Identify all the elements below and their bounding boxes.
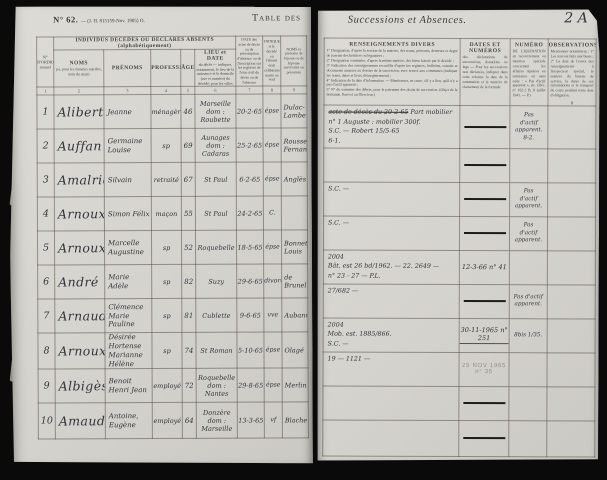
column-header-numero-liquidation: NUMÉRO DE LIQUIDATION en recouvrement ou…: [510, 39, 548, 106]
numero-note: 8-2.: [510, 135, 547, 143]
cell-age: 67: [181, 163, 195, 197]
cell-order-number: 4: [37, 197, 54, 231]
renseignements-note: [328, 231, 455, 234]
cell-prenoms: Silvain: [104, 163, 151, 197]
cell-numero-liquidation: Pas d'actif apparent. 8-2.: [510, 106, 548, 149]
cell-observations: [547, 217, 595, 251]
table-row: 2004 Bât. est 26 bd/1962. — 22. 2649 — n…: [323, 250, 595, 285]
numero-note: Pas: [510, 222, 547, 230]
cell-age: 55: [181, 197, 195, 231]
cell-etat-civil: épse: [263, 230, 281, 264]
table-row: 19 — 1121 — 25 NOV 1965 n° 35: [323, 352, 595, 387]
numero-note: Pas d'actif: [510, 294, 547, 302]
cell-profession: sp: [152, 265, 182, 299]
cell-nom: Arnaud: [55, 299, 105, 333]
cell-dates-numeros: [459, 284, 509, 318]
lieu-line: St Paul: [196, 210, 236, 218]
cell-etat-civil: épse: [263, 162, 281, 196]
dates-numeros-subtitle: des déclarations de successions, donatio…: [461, 55, 510, 90]
cell-conjoint: Bonnet Louis: [281, 230, 307, 264]
cell-conjoint: Aubanne: [282, 298, 308, 332]
struck-note: acte de décès du 20-2-65: [328, 109, 408, 116]
cell-etat-civil: vve: [264, 298, 282, 332]
renseignements-note: S.C. —: [328, 339, 455, 349]
table-row: 2 Auffan Germaine Louise sp 69 Aunages d…: [37, 128, 307, 163]
lieu-line: St Paul: [196, 176, 236, 184]
cell-etat-civil: divorcée: [264, 264, 282, 298]
numero-note: 8bis 1/35.: [510, 332, 547, 340]
cell-age: 64: [182, 403, 196, 439]
observations-subtitle: Mentionner notamment : 1° Les renvois fa…: [548, 49, 595, 98]
cell-numero-liquidation: [509, 251, 547, 285]
cell-observations: [547, 421, 595, 457]
cell-date-acte: 25-2-65: [236, 128, 263, 162]
numero-note: d'actif apparent.: [510, 230, 547, 245]
cell-prenoms: Simon Félix: [104, 197, 151, 231]
cell-observations: [548, 149, 596, 183]
cell-nom: Amalric: [54, 163, 104, 197]
noms-subtitle: (et, pour les femmes mariées, nom du mar…: [54, 67, 103, 77]
cell-order-number: 1: [37, 95, 54, 129]
cell-profession: sp: [152, 333, 182, 369]
renseignements-note: [328, 197, 455, 200]
form-reference: — (J. H. 815159-Nov. 1905) O.: [81, 19, 145, 24]
column-header-professions: PROFESSIONS: [151, 49, 181, 87]
nil-dash: [463, 402, 505, 404]
table-row: S.C. — Pas d'actif apparent.: [323, 216, 595, 251]
cell-observations: [548, 106, 596, 149]
renseignements-note: [327, 429, 454, 432]
column-header-date-actes: DATE des actes de décès ou de présomptio…: [236, 36, 263, 87]
renseignements-note: 2004: [328, 254, 344, 261]
order-header-line: annuel: [40, 65, 51, 70]
cell-age: 52: [181, 231, 195, 265]
table-row: 9 Albigès Benoit Henri Jean employé 72 R…: [38, 368, 308, 403]
numero-note: d'actif apparent.: [510, 196, 547, 211]
table-row: 3 Amalric Silvain retraité 67 St Paul 6-…: [37, 162, 307, 197]
form-number: N° 62. — (J. H. 815159-Nov. 1905) O.: [53, 14, 145, 24]
scanned-page-right: Successions et Absences. 2 A RENSEIGNEME…: [316, 9, 600, 462]
numero-note: d'actif apparent.: [510, 120, 547, 135]
cell-dates-numeros: [460, 148, 510, 182]
cell-date-acte: 24-2-65: [236, 196, 263, 230]
observations-title: OBSERVATIONS: [549, 42, 596, 48]
column-header-prenoms: PRÉNOMS: [104, 50, 151, 88]
numero-note: Pas: [510, 188, 547, 196]
cell-lieu-date: Roquebelle dom : Nantes: [196, 369, 237, 403]
prenoms-title: PRÉNOMS: [104, 65, 150, 71]
cell-nom: Albigès: [55, 369, 105, 403]
cell-renseignements: S.C. —: [324, 182, 460, 216]
cell-age: 81: [182, 299, 196, 333]
cell-numero-liquidation: Pas d'actif apparent.: [510, 183, 548, 217]
cell-order-number: 2: [37, 129, 54, 163]
lieu-line: Marseille: [195, 99, 235, 107]
renseignements-title: RENSEIGNEMENTS DIVERS: [325, 42, 460, 48]
cell-renseignements: [323, 420, 459, 456]
cell-nom: Amaudric: [55, 403, 105, 439]
table-row: S.C. — Pas d'actif apparent.: [324, 182, 596, 217]
cell-conjoint: Rousset Fernand: [281, 128, 307, 162]
nil-dash: [463, 300, 505, 302]
lieu-line: Donzère: [197, 408, 237, 416]
cell-renseignements: 2004 Mob. est. 1885/866. S.C. —: [323, 318, 459, 352]
cell-prenoms: Clémence Marie Pauline: [105, 299, 152, 333]
cell-date-acte: 20-2-65: [236, 94, 263, 128]
numero-subtitle: DE LIQUIDATION en recouvrement ou mentio…: [510, 49, 547, 98]
cell-age: 69: [181, 129, 195, 163]
table-row: 27/682 — Pas d'actif apparent.: [323, 284, 595, 319]
cell-prenoms: Antoine, Eugène: [105, 403, 152, 439]
renseignements-note: 19 — 1121 —: [328, 356, 371, 363]
banner-individus-decedes: INDIVIDUS DÉCÉDÉS OU DÉCLARÉS ABSENTS (a…: [54, 36, 236, 50]
renseignements-line: 3° Indication des renseignements recueil…: [325, 63, 460, 78]
cell-lieu-date: Suzy: [196, 265, 237, 299]
cell-conjoint: Olagé: [282, 332, 308, 368]
cell-etat-civil: épse: [263, 94, 281, 128]
renseignements-note: [328, 157, 455, 160]
cell-etat-civil: épse: [264, 368, 282, 402]
cell-date-acte: 29-6-65: [237, 264, 264, 298]
column-number: 2: [54, 87, 104, 95]
cell-profession: retraité: [151, 163, 181, 197]
cell-renseignements: S.C. —: [323, 216, 459, 250]
column-header-observations: OBSERVATIONS Mentionner notamment : 1° L…: [548, 39, 596, 106]
renseignements-note: 27/682 —: [328, 288, 358, 295]
cell-numero-liquidation: 8bis 1/35.: [509, 319, 547, 353]
order-header-line: N°: [43, 54, 48, 59]
cell-dates-numeros: [459, 420, 509, 456]
cell-lieu-date: Donzère dom : Marseille: [196, 403, 237, 439]
renseignements-line: 5° N° du sommier des débets, pour le pai…: [324, 88, 459, 98]
renseignements-note: [327, 395, 454, 398]
lieu-line: Roquebelle: [197, 373, 237, 381]
renseignements-note: S.C. — Robert 15/5-65: [328, 127, 455, 137]
column-number: 3: [104, 87, 151, 95]
lieu-line: dom : Nantes: [197, 382, 237, 398]
cell-profession: sp: [152, 299, 182, 333]
cell-nom: Auffan: [54, 129, 104, 163]
lieu-line: dom : Roubette: [195, 108, 235, 124]
cell-age: 46: [181, 95, 195, 129]
renseignements-note: Bât. est 26 bd/1962. — 22. 2649 —: [328, 262, 455, 272]
numero-note: apparent.: [510, 302, 547, 310]
cell-observations: [547, 251, 595, 285]
column-number: 8: [263, 86, 281, 94]
cell-numero-liquidation: Pas d'actif apparent.: [509, 217, 547, 251]
cell-conjoint: de Brunel: [282, 264, 308, 298]
cell-order-number: 8: [38, 333, 55, 369]
cell-lieu-date: St Paul: [195, 197, 236, 231]
cell-renseignements: 19 — 1121 —: [323, 352, 459, 386]
nil-dash: [464, 164, 506, 166]
column-number: 1: [37, 87, 54, 95]
renseignements-note: 6-1.: [328, 136, 455, 146]
noms-title: NOMS: [54, 60, 103, 66]
numero-note: Pas: [510, 112, 547, 120]
form-number-text: N° 62.: [53, 14, 78, 24]
renseignements-note: n° 23 - 27 — P.L.: [328, 271, 455, 281]
cell-profession: ménagère: [151, 95, 181, 129]
cell-etat-civil: épse: [263, 128, 281, 162]
cell-date-acte: 18-5-65: [236, 230, 263, 264]
cell-order-number: 5: [37, 231, 54, 265]
cell-conjoint: Dulac-Lambert: [281, 94, 307, 128]
column-header-dates-numeros: DATES ET NUMÉROS des déclarations de suc…: [460, 39, 510, 106]
register-title-right: Successions et Absences.: [348, 15, 467, 26]
cell-dates-numeros: 12-3-66 n° 41: [459, 250, 509, 284]
handwritten-folio-number: 2 A: [564, 10, 588, 26]
dates-numeros-title: DATES ET NUMÉROS: [461, 42, 510, 54]
cell-prenoms: Marie Adèle: [105, 265, 152, 299]
column-header-etat-civil: INDIQUER si le décédé ou l'absent était …: [263, 36, 281, 87]
lieu-line: Roquebelle: [196, 244, 236, 252]
cell-renseignements: acte de décès du 20-2-65 Part mobilier n…: [324, 105, 460, 148]
table-row: [323, 420, 595, 457]
cell-profession: maçon: [151, 197, 181, 231]
lieu-line: Suzy: [196, 278, 236, 286]
cell-profession: sp: [151, 231, 181, 265]
cell-lieu-date: Aunages dom : Cadaras: [195, 129, 236, 163]
cell-numero-liquidation: [509, 421, 547, 457]
cell-observations: [547, 353, 595, 387]
table-row: [323, 386, 595, 421]
cell-renseignements: [324, 148, 460, 182]
scanned-register-spread: N° 62. — (J. H. 815159-Nov. 1905) O. Tab…: [0, 0, 607, 480]
cell-renseignements: 2004 Bât. est 26 bd/1962. — 22. 2649 — n…: [323, 250, 459, 284]
lieu-line: Cublette: [196, 312, 236, 320]
cell-numero-liquidation: [509, 387, 547, 421]
renseignements-note: [328, 299, 455, 302]
column-header-order: N° D'ORDRE annuel: [37, 37, 54, 88]
column-number: 8: [548, 101, 595, 106]
renseignements-line: 1° Désignation, d'après la section de la…: [325, 49, 460, 59]
column-number: 7: [236, 86, 263, 94]
renseignements-note: S.C. —: [328, 220, 349, 227]
cell-nom: Alibert: [54, 95, 104, 129]
column-header-renseignements: RENSEIGNEMENTS DIVERS 1° Désignation, d'…: [324, 38, 460, 106]
cell-lieu-date: Cublette: [196, 299, 237, 333]
cell-numero-liquidation: [510, 149, 548, 183]
renseignements-note: 2004: [328, 322, 344, 329]
cell-conjoint: [281, 196, 307, 230]
renseignements-line: 4° Indication de la date d'information. …: [325, 78, 460, 88]
professions-title: PROFESSIONS: [151, 65, 180, 71]
cell-conjoint: Merlin: [282, 368, 308, 402]
cell-prenoms: Marcelle Augustine: [104, 231, 151, 265]
cell-prenoms: Benoit Henri Jean: [105, 369, 152, 403]
cell-prenoms: Désirée Hortense Marianne Hélène: [105, 333, 152, 369]
column-number: 5: [181, 87, 195, 95]
cell-order-number: 7: [38, 299, 55, 333]
cell-dates-numeros: [459, 216, 509, 250]
cell-renseignements: [323, 386, 459, 420]
cell-profession: employé: [152, 403, 182, 439]
nil-dash: [463, 437, 505, 439]
table-row: [324, 148, 596, 183]
cell-dates-numeros: [460, 182, 510, 216]
table-row: 8 Arnoux Désirée Hortense Marianne Hélèn…: [38, 332, 308, 369]
table-row: 6 André Marie Adèle sp 82 Suzy 29-6-65 d…: [38, 264, 308, 299]
cell-date-acte: 5-10-65: [237, 332, 264, 368]
cell-etat-civil: C.: [263, 196, 281, 230]
cell-renseignements: 27/682 —: [323, 284, 459, 318]
register-title-left: Table des: [252, 12, 301, 23]
nil-dash: [464, 198, 506, 200]
table-row: 1 Alibert Jeanne ménagère 46 Marseille d…: [37, 94, 307, 129]
lieu-title: LIEU et DATE: [195, 50, 235, 62]
cell-numero-liquidation: Pas d'actif apparent.: [509, 285, 547, 319]
lieu-line: dom : Cadaras: [196, 142, 236, 158]
cell-nom: Arnoux: [54, 197, 104, 231]
nil-dash: [464, 126, 506, 128]
cell-numero-liquidation: [509, 353, 547, 387]
cell-dates-numeros: 25 NOV 1965 n° 35: [459, 352, 509, 386]
cell-lieu-date: St Paul: [195, 163, 236, 197]
column-header-lieu-date: LIEU et DATE du décès — indiquer, notamm…: [195, 49, 236, 87]
lieu-line: Aunages: [196, 133, 236, 141]
column-number: 6: [195, 87, 236, 95]
cell-age: 74: [182, 333, 196, 369]
nil-dash: [464, 232, 506, 234]
renseignements-note: Mob. est. 1885/866.: [328, 330, 455, 340]
column-header-ages: ÂGES: [181, 49, 195, 86]
table-row: 7 Arnaud Clémence Marie Pauline sp 81 Cu…: [38, 298, 308, 333]
table-row: 5 Arnoux Marcelle Augustine sp 52 Roqueb…: [37, 230, 307, 265]
table-row: 10 Amaudric Antoine, Eugène employé 64 D…: [38, 402, 308, 439]
cell-date-acte: 13-3-65: [237, 402, 264, 438]
declaration-date: 12-3-66 n° 41: [462, 263, 507, 271]
cell-dates-numeros: [460, 106, 510, 149]
lieu-line: St Roman: [196, 347, 236, 355]
cell-nom: André: [55, 265, 105, 299]
table-row: acte de décès du 20-2-65 Part mobilier n…: [324, 105, 596, 149]
cell-age: 82: [182, 265, 196, 299]
cell-profession: sp: [151, 129, 181, 163]
numero-title: NUMÉRO: [511, 42, 548, 48]
cell-order-number: 6: [38, 265, 55, 299]
cell-etat-civil: vf: [264, 402, 282, 438]
cell-order-number: 9: [38, 369, 55, 403]
cell-lieu-date: Roquebelle: [195, 231, 236, 265]
ages-title: ÂGES: [181, 65, 194, 71]
declaration-date: 25 NOV 1965 n° 35: [460, 363, 509, 375]
column-number: 9: [281, 86, 307, 94]
order-header-line: D'ORDRE: [37, 59, 54, 64]
renseignements-note: [328, 367, 455, 370]
cell-observations: [547, 285, 595, 319]
column-number: 4: [151, 87, 181, 95]
cell-profession: employé: [152, 369, 182, 403]
cell-age: 72: [182, 369, 196, 403]
cell-nom: Arnoux: [55, 333, 105, 369]
succession-table-right: RENSEIGNEMENTS DIVERS 1° Désignation, d'…: [322, 38, 596, 458]
cell-dates-numeros: 30-11-1965 n° 251: [459, 318, 509, 352]
scanned-page-left: N° 62. — (J. H. 815159-Nov. 1905) O. Tab…: [9, 5, 313, 464]
cell-conjoint: Blache: [282, 402, 308, 438]
lieu-subtitle: du décès — indiquer, notamment, le lieu …: [195, 63, 235, 87]
cell-date-acte: 29-8-65: [237, 368, 264, 402]
cell-date-acte: 6-2-65: [236, 162, 263, 196]
cell-conjoint: Anglès: [281, 162, 307, 196]
column-header-noms: NOMS (et, pour les femmes mariées, nom d…: [54, 50, 104, 88]
cell-prenoms: Jeanne: [104, 95, 151, 129]
cell-observations: [548, 183, 596, 217]
lieu-line: dom : Marseille: [197, 417, 237, 433]
cell-order-number: 10: [38, 403, 55, 439]
declaration-date: 30-11-1965 n° 251: [460, 326, 509, 344]
cell-observations: [547, 319, 595, 353]
cell-dates-numeros: [459, 386, 509, 420]
renseignements-note: S.C. —: [328, 186, 349, 193]
column-header-conjoint: NOMS et prénoms de l'époux ou de l'épous…: [281, 36, 307, 87]
cell-prenoms: Germaine Louise: [104, 129, 151, 163]
cell-observations: [547, 387, 595, 421]
cell-etat-civil: épse: [264, 332, 282, 368]
succession-table-left: N° D'ORDRE annuel INDIVIDUS DÉCÉDÉS OU D…: [36, 35, 309, 440]
table-row: 2004 Mob. est. 1885/866. S.C. — 30-11-19…: [323, 318, 595, 353]
table-row: 4 Arnoux Simon Félix maçon 55 St Paul 24…: [37, 196, 307, 231]
cell-date-acte: 9-6-65: [237, 298, 264, 332]
cell-nom: Arnoux: [54, 231, 104, 265]
cell-lieu-date: St Roman: [196, 333, 237, 369]
cell-order-number: 3: [37, 163, 54, 197]
cell-lieu-date: Marseille dom : Roubette: [195, 95, 236, 129]
